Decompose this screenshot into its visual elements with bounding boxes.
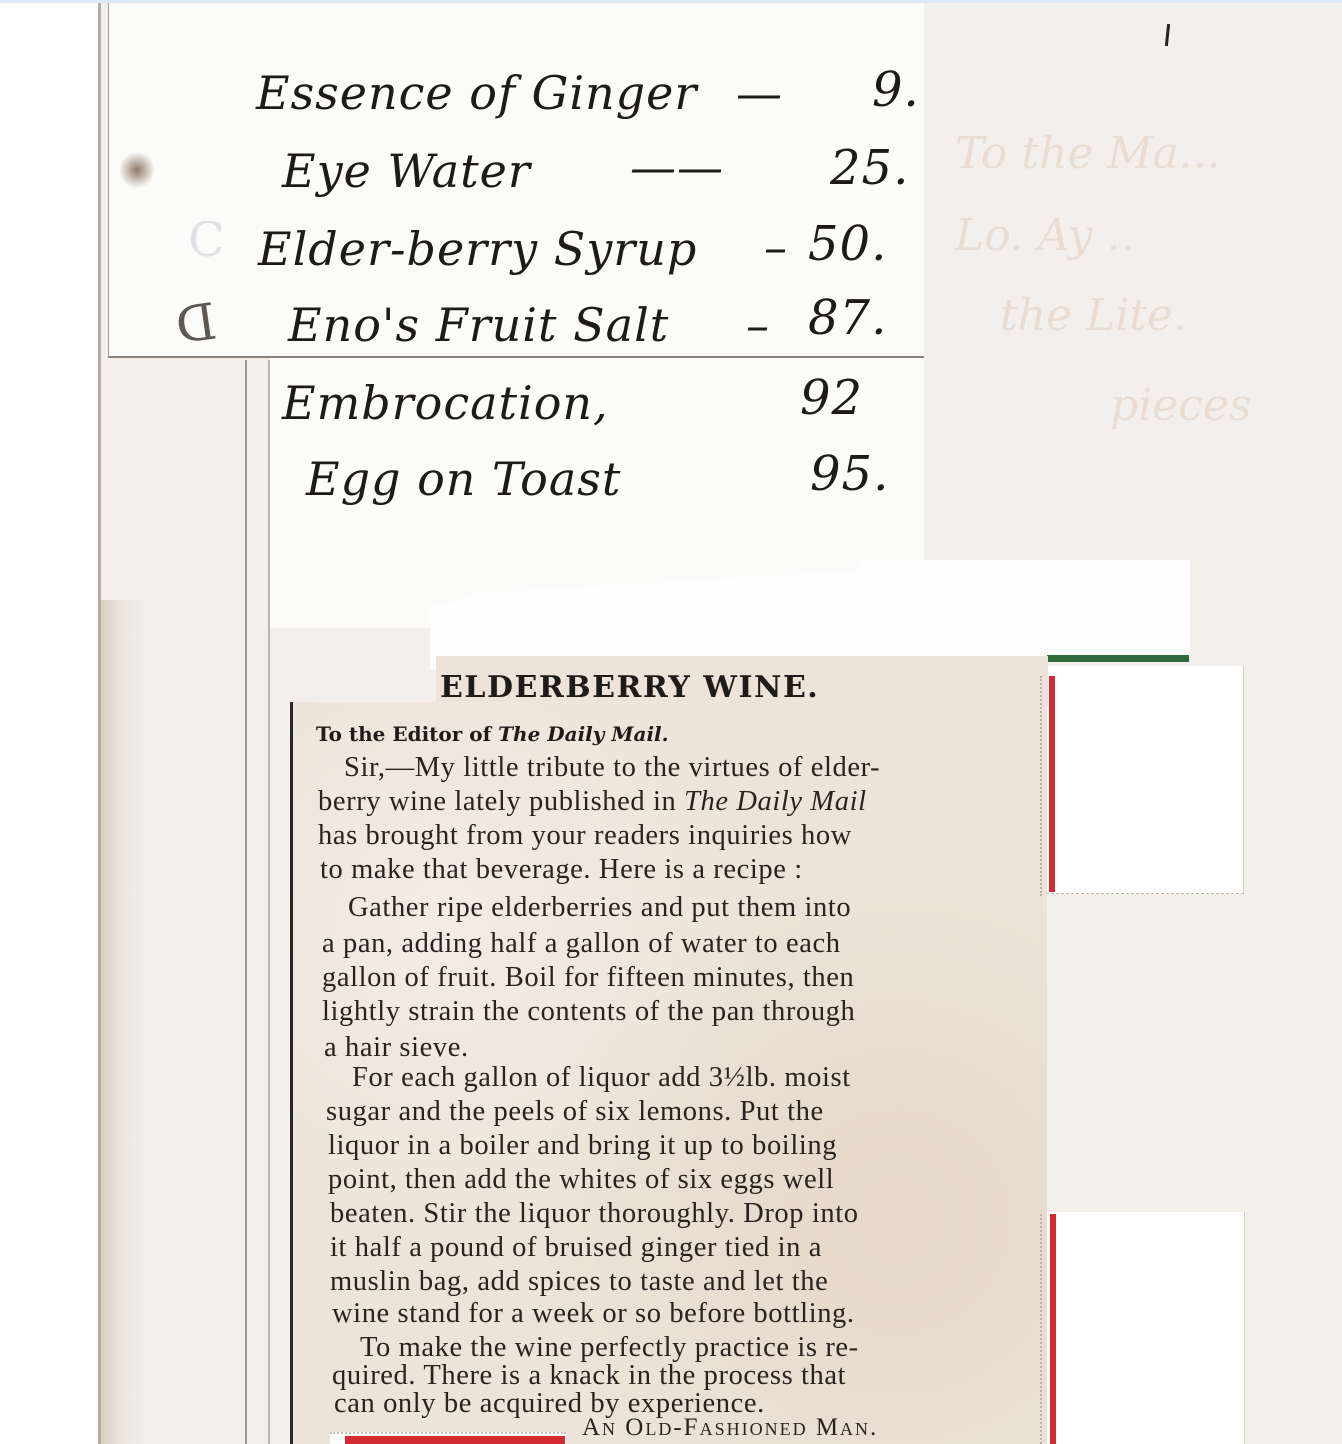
list-item-dash: –	[764, 220, 788, 274]
stamp-red-border	[345, 1436, 565, 1444]
bleed-through-text: To the Ma...	[955, 128, 1221, 179]
bleed-through-text: Lo. Ay ..	[955, 210, 1135, 261]
list-item-label: Eno's Fruit Salt	[288, 298, 669, 352]
stamp-margin-top	[1046, 666, 1244, 894]
list-item-page: 95.	[810, 446, 889, 502]
list-item-page: 50.	[808, 216, 887, 272]
salutation-prefix: To the Editor of	[316, 722, 498, 746]
clipping-salutation: To the Editor of The Daily Mail.	[316, 722, 669, 746]
newspaper-name: The Daily Mail.	[498, 722, 668, 746]
bleed-through-text: pieces	[1110, 380, 1252, 431]
list-item-page: 87.	[808, 290, 887, 346]
list-item-page: 9.	[872, 62, 920, 118]
clipping-line: sugar and the peels of six lemons. Put t…	[326, 1096, 824, 1128]
list-item-label: Essence of Ginger	[256, 66, 697, 120]
clipping-signature: An Old-Fashioned Man.	[582, 1414, 878, 1442]
clipping-line: to make that beverage. Here is a recipe …	[320, 854, 803, 886]
clipping-line: beaten. Stir the liquor thoroughly. Drop…	[330, 1198, 859, 1230]
clipping-line: has brought from your readers inquiries …	[318, 820, 852, 852]
page-edge	[98, 3, 101, 1444]
clipping-line: For each gallon of liquor add 3½lb. mois…	[352, 1062, 851, 1094]
clipping-line: Gather ripe elderberries and put them in…	[348, 892, 851, 924]
clipping-line: gallon of fruit. Boil for fifteen minute…	[322, 962, 854, 994]
stamp-margin-bottom	[1043, 1212, 1245, 1444]
page-fold-line	[245, 360, 247, 1444]
perforated-edge	[1040, 676, 1044, 896]
clipping-line: Sir,—My little tribute to the virtues of…	[344, 752, 880, 784]
faint-mark: C	[188, 212, 225, 268]
clipping-line: it half a pound of bruised ginger tied i…	[330, 1232, 822, 1264]
stamp-red-border	[1049, 676, 1055, 892]
list-item-label: Elder-berry Syrup	[258, 222, 697, 276]
list-item-label: Eye Water	[282, 144, 531, 198]
list-item-label: Egg on Toast	[306, 452, 621, 506]
newspaper-name: The Daily Mail	[684, 786, 867, 817]
clipping-line: point, then add the whites of six eggs w…	[328, 1164, 834, 1196]
page-fold-line	[268, 360, 270, 1444]
clipping-headline: ELDERBERRY WINE.	[440, 670, 819, 705]
stamp-red-border	[1050, 1214, 1056, 1444]
clipping-line: liquor in a boiler and bring it up to bo…	[328, 1130, 837, 1162]
page-stain	[98, 600, 148, 1444]
list-item-dash: —	[736, 66, 783, 120]
clipping-line: lightly strain the contents of the pan t…	[322, 996, 855, 1028]
clipping-line: wine stand for a week or so before bottl…	[332, 1298, 855, 1330]
clipping-line: a pan, adding half a gallon of water to …	[322, 928, 841, 960]
list-item-label: Embrocation,	[282, 376, 609, 430]
list-item-page: 25.	[830, 140, 909, 196]
list-item-dash: ——	[630, 140, 724, 194]
clipping-line: muslin bag, add spices to taste and let …	[330, 1266, 828, 1298]
clipping-line: a hair sieve.	[324, 1032, 469, 1064]
list-item-dash: –	[746, 298, 770, 352]
ink-stain	[120, 150, 154, 190]
clipping-line: berry wine lately published in The Daily…	[318, 786, 867, 818]
perforated-edge	[1040, 1214, 1044, 1444]
clipping-line-text: berry wine lately published in	[318, 786, 684, 817]
list-item-page: 92	[800, 370, 863, 426]
stamp-green-border	[1047, 655, 1189, 662]
margin-letter: D	[172, 292, 220, 355]
bleed-through-text: the Lite.	[1000, 290, 1187, 341]
